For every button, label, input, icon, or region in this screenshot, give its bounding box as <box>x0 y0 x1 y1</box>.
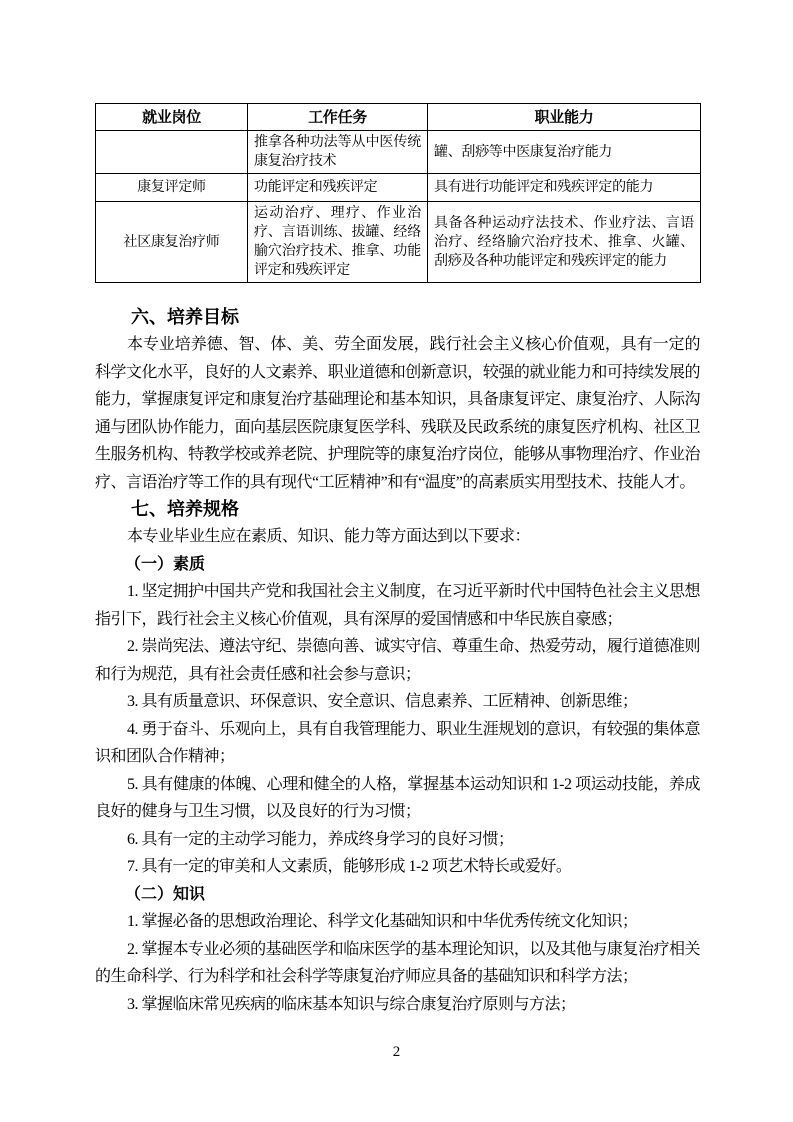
quality-item-3: 3. 具有质量意识、环保意识、安全意识、信息素养、工匠精神、创新思维； <box>95 688 700 716</box>
section-objectives-heading: 六、培养目标 <box>95 304 700 331</box>
knowledge-item-1: 1. 掌握必备的思想政治理论、科学文化基础知识和中华优秀传统文化知识； <box>95 908 700 936</box>
document-page: 就业岗位 工作任务 职业能力 推拿各种功法等从中医传统康复治疗技术 罐、刮痧等中… <box>0 0 793 1122</box>
table-row: 康复评定师 功能评定和残疾评定 具有进行功能评定和残疾评定的能力 <box>96 174 701 202</box>
cell-position <box>96 131 248 174</box>
specifications-intro: 本专业毕业生应在素质、知识、能力等方面达到以下要求： <box>95 523 700 551</box>
quality-item-4: 4. 勇于奋斗、乐观向上，具有自我管理能力、职业生涯规划的意识，有较强的集体意识… <box>95 716 700 771</box>
table-row: 社区康复治疗师 运动治疗、理疗、作业治疗、言语训练、拔罐、经络腧穴治疗技术、推拿… <box>96 202 701 283</box>
cell-abilities: 具备各种运动疗法技术、作业疗法、言语治疗、经络腧穴治疗技术、推拿、火罐、刮痧及各… <box>428 202 701 283</box>
cell-tasks: 推拿各种功法等从中医传统康复治疗技术 <box>248 131 428 174</box>
cell-tasks: 功能评定和残疾评定 <box>248 174 428 202</box>
quality-subheading: （一）素质 <box>95 551 700 579</box>
knowledge-item-2: 2. 掌握本专业必须的基础医学和临床医学的基本理论知识，以及其他与康复治疗相关的… <box>95 936 700 991</box>
cell-tasks: 运动治疗、理疗、作业治疗、言语训练、拔罐、经络腧穴治疗技术、推拿、功能评定和残疾… <box>248 202 428 283</box>
knowledge-subheading: （二）知识 <box>95 881 700 909</box>
jobs-table: 就业岗位 工作任务 职业能力 推拿各种功法等从中医传统康复治疗技术 罐、刮痧等中… <box>95 103 701 283</box>
table-header-row: 就业岗位 工作任务 职业能力 <box>96 104 701 131</box>
column-header-abilities: 职业能力 <box>428 104 701 131</box>
cell-abilities: 具有进行功能评定和残疾评定的能力 <box>428 174 701 202</box>
page-number: 2 <box>0 1041 793 1063</box>
quality-item-7: 7. 具有一定的审美和人文素质，能够形成 1-2 项艺术特长或爱好。 <box>95 853 700 881</box>
knowledge-item-3: 3. 掌握临床常见疾病的临床基本知识与综合康复治疗原则与方法； <box>95 991 700 1019</box>
column-header-tasks: 工作任务 <box>248 104 428 131</box>
cell-abilities: 罐、刮痧等中医康复治疗能力 <box>428 131 701 174</box>
quality-item-6: 6. 具有一定的主动学习能力，养成终身学习的良好习惯； <box>95 826 700 854</box>
table-row: 推拿各种功法等从中医传统康复治疗技术 罐、刮痧等中医康复治疗能力 <box>96 131 701 174</box>
cell-position: 社区康复治疗师 <box>96 202 248 283</box>
column-header-position: 就业岗位 <box>96 104 248 131</box>
quality-item-2: 2. 崇尚宪法、遵法守纪、崇德向善、诚实守信、尊重生命、热爱劳动，履行道德准则和… <box>95 633 700 688</box>
quality-item-1: 1. 坚定拥护中国共产党和我国社会主义制度，在习近平新时代中国特色社会主义思想指… <box>95 578 700 633</box>
cell-position: 康复评定师 <box>96 174 248 202</box>
objectives-paragraph: 本专业培养德、智、体、美、劳全面发展，践行社会主义核心价值观，具有一定的科学文化… <box>95 331 700 496</box>
section-specifications-heading: 七、培养规格 <box>95 496 700 523</box>
quality-item-5: 5. 具有健康的体魄、心理和健全的人格，掌握基本运动知识和 1-2 项运动技能，… <box>95 771 700 826</box>
